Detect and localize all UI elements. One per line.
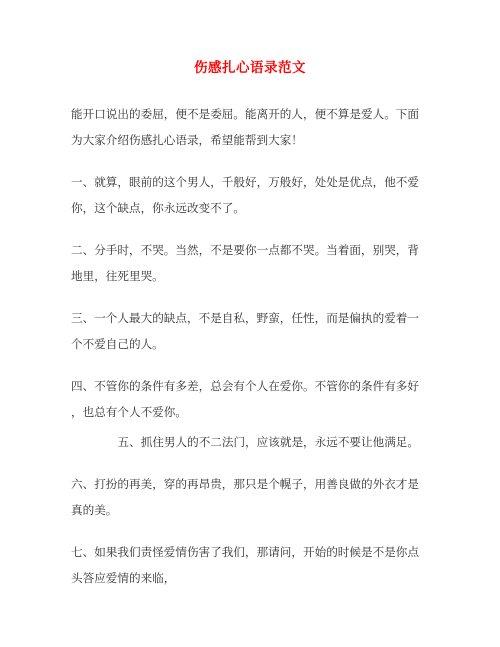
quote-paragraph-2: 二、分手时，不哭。当然，不是要你一点都不哭。当着面，别哭，背地里，往死里哭。 [71, 237, 419, 289]
document-body: 能开口说出的委屈，便不是委屈。能离开的人，便不算是爱人。下面为大家介绍伤感扎心语… [71, 101, 419, 591]
document-page: 伤感扎心语录范文 能开口说出的委屈，便不是委屈。能离开的人，便不算是爱人。下面为… [0, 0, 500, 647]
quote-paragraph-3: 三、一个人最大的缺点，不是自私，野蛮，任性，而是偏执的爱着一个不爱自己的人。 [71, 305, 419, 357]
quote-paragraph-5: 五、抓住男人的不二法门，应该就是，永远不要让他满足。 [71, 429, 419, 455]
quote-paragraph-4: 四、不管你的条件有多差，总会有个人在爱你。不管你的条件有多好，也总有个人不爱你。 [71, 373, 419, 425]
document-title: 伤感扎心语录范文 [0, 54, 500, 82]
quote-paragraph-7: 七、如果我们责怪爱情伤害了我们，那请问，开始的时候是不是你点头答应爱情的来临， [71, 539, 419, 591]
quote-paragraph-1: 一、就算，眼前的这个男人，千般好，万般好，处处是优点，他不爱你，这个缺点，你永远… [71, 169, 419, 221]
quote-paragraph-6: 六、打扮的再美，穿的再昂贵，那只是个幌子，用善良做的外衣才是真的美。 [71, 471, 419, 523]
intro-paragraph: 能开口说出的委屈，便不是委屈。能离开的人，便不算是爱人。下面为大家介绍伤感扎心语… [71, 101, 419, 153]
